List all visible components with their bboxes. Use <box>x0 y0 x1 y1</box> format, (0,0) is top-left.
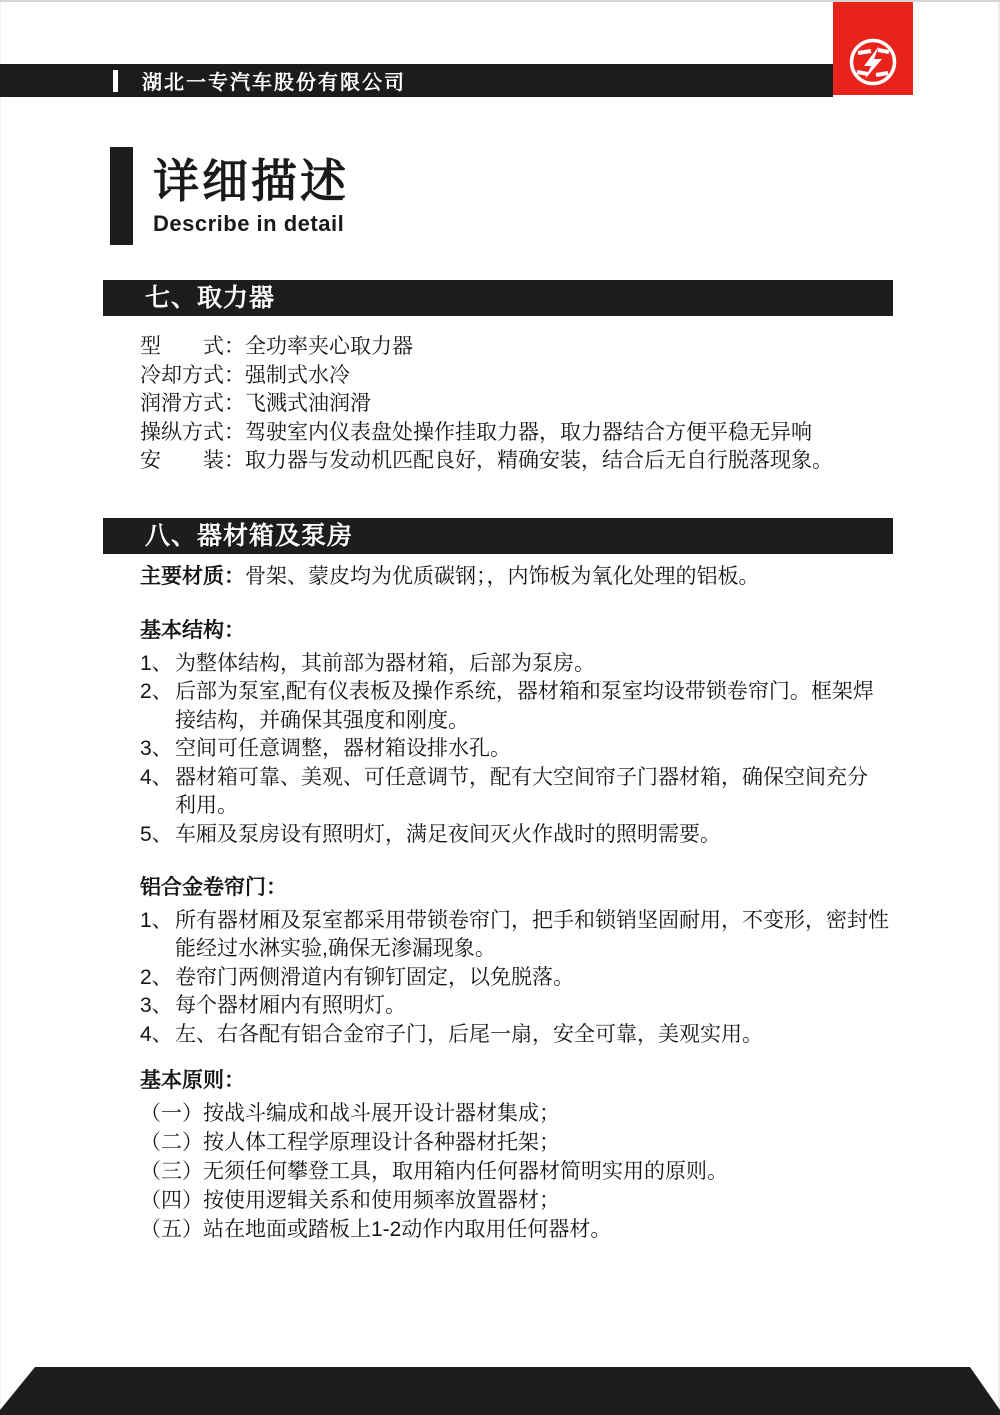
item-text: 为整体结构，其前部为器材箱，后部为泵房。 <box>175 650 908 679</box>
item-text: 卷帘门两侧滑道内有铆钉固定，以免脱落。 <box>175 964 908 993</box>
company-name: 湖北一专汽车股份有限公司 <box>142 66 406 95</box>
principle-item: （二）按人体工程学原理设计各种器材托架； <box>140 1128 908 1157</box>
item-number: 2、 <box>140 678 175 735</box>
shutter-heading: 铝合金卷帘门： <box>140 874 908 903</box>
item-number: 1、 <box>140 907 175 964</box>
principle-item: （五）站在地面或踏板上1-2动作内取用任何器材。 <box>140 1215 908 1244</box>
header-bar: 湖北一专汽车股份有限公司 <box>0 64 833 97</box>
page-subtitle: Describe in detail <box>153 211 349 237</box>
item-number: 3、 <box>140 992 175 1021</box>
material-text: 骨架、蒙皮均为优质碳钢；，内饰板为氧化处理的铝板。 <box>245 565 760 588</box>
spec-line-cooling: 冷却方式：强制式水冷 <box>140 362 908 391</box>
list-item: 5、 车厢及泵房设有照明灯，满足夜间灭火作战时的照明需要。 <box>140 821 908 850</box>
spec-line-type: 型 式：全功率夹心取力器 <box>140 333 908 362</box>
item-number: 2、 <box>140 964 175 993</box>
item-text: 后部为泵室,配有仪表板及操作系统，器材箱和泵室均设带锁卷帘门。框架焊 接结构，并… <box>175 678 908 735</box>
footer-shape <box>0 1367 1000 1415</box>
document-page: 湖北一专汽车股份有限公司 详细描述 Describe in detail 七、取… <box>0 0 1000 1415</box>
item-number: 5、 <box>140 821 175 850</box>
list-item: 3、 每个器材厢内有照明灯。 <box>140 992 908 1021</box>
lightning-circle-logo-icon <box>833 2 913 95</box>
section-heading-equipment-box: 八、器材箱及泵房 <box>103 518 893 554</box>
item-text: 左、右各配有铝合金帘子门，后尾一扇，安全可靠，美观实用。 <box>175 1021 908 1050</box>
list-item: 1、 为整体结构，其前部为器材箱，后部为泵房。 <box>140 650 908 679</box>
header-accent-tick <box>113 70 118 92</box>
item-number: 4、 <box>140 764 175 821</box>
material-label: 主要材质： <box>140 565 245 588</box>
logo-block <box>833 2 913 95</box>
shutter-list: 铝合金卷帘门： 1、 所有器材厢及泵室都采用带锁卷帘门，把手和锁销坚固耐用，不变… <box>140 874 908 1049</box>
item-text: 器材箱可靠、美观、可任意调节，配有大空间帘子门器材箱，确保空间充分 利用。 <box>175 764 908 821</box>
principles-heading: 基本原则： <box>140 1066 908 1095</box>
spec-line-operation: 操纵方式：驾驶室内仪表盘处操作挂取力器，取力器结合方便平稳无异响 <box>140 419 908 448</box>
page-title: 详细描述 <box>153 155 349 207</box>
principle-item: （四）按使用逻辑关系和使用频率放置器材； <box>140 1186 908 1215</box>
list-item: 4、 左、右各配有铝合金帘子门，后尾一扇，安全可靠，美观实用。 <box>140 1021 908 1050</box>
section-heading-pto: 七、取力器 <box>103 280 893 316</box>
item-number: 3、 <box>140 735 175 764</box>
list-item: 4、 器材箱可靠、美观、可任意调节，配有大空间帘子门器材箱，确保空间充分 利用。 <box>140 764 908 821</box>
item-number: 1、 <box>140 650 175 679</box>
list-item: 1、 所有器材厢及泵室都采用带锁卷帘门，把手和锁销坚固耐用，不变形，密封性 能经… <box>140 907 908 964</box>
principle-item: （一）按战斗编成和战斗展开设计器材集成； <box>140 1099 908 1128</box>
title-block: 详细描述 Describe in detail <box>110 147 349 245</box>
spec-line-installation: 安 装：取力器与发动机匹配良好，精确安装，结合后无自行脱落现象。 <box>140 447 908 476</box>
pto-spec-list: 型 式：全功率夹心取力器 冷却方式：强制式水冷 润滑方式：飞溅式油润滑 操纵方式… <box>140 333 908 476</box>
title-accent-bar <box>110 147 133 245</box>
item-text: 每个器材厢内有照明灯。 <box>175 992 908 1021</box>
list-item: 2、 后部为泵室,配有仪表板及操作系统，器材箱和泵室均设带锁卷帘门。框架焊 接结… <box>140 678 908 735</box>
item-text: 所有器材厢及泵室都采用带锁卷帘门，把手和锁销坚固耐用，不变形，密封性 能经过水淋… <box>175 907 908 964</box>
structure-list: 基本结构： 1、 为整体结构，其前部为器材箱，后部为泵房。 2、 后部为泵室,配… <box>140 617 908 849</box>
list-item: 3、 空间可任意调整，器材箱设排水孔。 <box>140 735 908 764</box>
spec-line-lubrication: 润滑方式：飞溅式油润滑 <box>140 390 908 419</box>
material-line: 主要材质：骨架、蒙皮均为优质碳钢；，内饰板为氧化处理的铝板。 <box>140 563 908 592</box>
list-item: 2、 卷帘门两侧滑道内有铆钉固定，以免脱落。 <box>140 964 908 993</box>
item-text: 空间可任意调整，器材箱设排水孔。 <box>175 735 908 764</box>
item-text: 车厢及泵房设有照明灯，满足夜间灭火作战时的照明需要。 <box>175 821 908 850</box>
principles-list: 基本原则： （一）按战斗编成和战斗展开设计器材集成； （二）按人体工程学原理设计… <box>140 1066 908 1244</box>
item-number: 4、 <box>140 1021 175 1050</box>
structure-heading: 基本结构： <box>140 617 908 646</box>
principle-item: （三）无须任何攀登工具，取用箱内任何器材简明实用的原则。 <box>140 1157 908 1186</box>
